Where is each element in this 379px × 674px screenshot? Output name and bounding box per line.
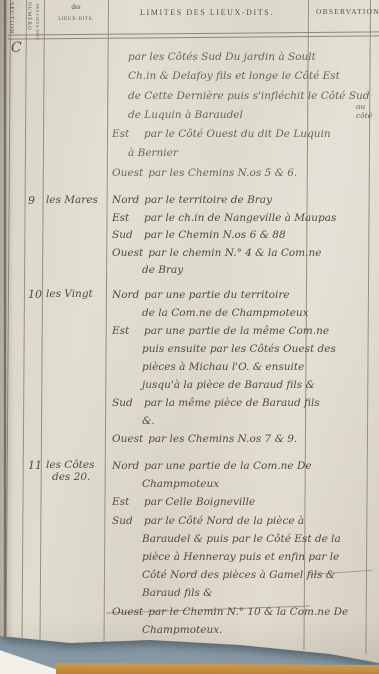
entry-continuation: par les Côtés Sud Du jardin à Soult Ch.i…: [112, 48, 312, 183]
limites-line: Baraudel & puis par le Côté Est de la: [112, 530, 312, 548]
limites-line: pièces à Michau l'O. & ensuite: [112, 358, 312, 376]
limites-line: Baraud fils &: [112, 584, 312, 602]
limites-line: pièce à Henneray puis et enfin par le: [112, 548, 312, 566]
limites-line: Ouestpar les Chemins N.os 7 & 9.: [112, 430, 312, 448]
interline-correction: au côté: [356, 102, 372, 120]
limites-line: Champmoteux: [112, 475, 312, 493]
limites-line: Côté Nord des pièces à Gamel fils &: [112, 566, 312, 584]
limites-line: &.: [112, 412, 312, 430]
limites-line: Ch.in & Delafoy fils et longe le Côté Es…: [112, 67, 312, 86]
header-name-col-bottom: LIEUX-DITS.: [44, 17, 108, 22]
entry-number: 11: [28, 459, 42, 472]
limites-line: Estpar le ch.in de Nangeville à Maupas: [112, 210, 312, 228]
column-rule-numero-right: [39, 0, 45, 645]
limites-line: jusqu'à la pièce de Baraud fils &: [112, 376, 312, 394]
header-numero-sublabel: DES LIEUX-DITS: [35, 4, 39, 40]
limites-line: Nordpar le territoire de Bray: [112, 192, 312, 210]
header-observations-label: OBSERVATIONS: [316, 7, 379, 16]
column-rule-name-right: [103, 0, 109, 646]
limites-line: Nordpar une partie de la Com.ne De: [112, 457, 312, 475]
limites-line: puis ensuite par les Côtés Ouest des: [112, 340, 312, 358]
limites-line: de Bray: [112, 262, 312, 280]
limites-line: Sudpar la même pièce de Baraud fils: [112, 394, 312, 412]
column-rule-section-left: [6, 0, 11, 642]
limites-line: Ouestpar les Chemins N.os 5 & 6.: [112, 164, 312, 183]
limites-line: Estpar une partie de la même Com.ne: [112, 322, 312, 340]
limites-line: de la Com.ne de Champmoteux: [112, 304, 312, 322]
lieu-dit-name-line2: des 20.: [46, 471, 94, 483]
lieu-dit-name: les Côtesdes 20.: [46, 459, 94, 483]
lieu-dit-name: les Mares: [46, 194, 98, 206]
entry-number: 9: [28, 194, 35, 207]
header-name-col-top: des: [44, 3, 108, 11]
paper-wrapper: SECTION NUMÉRO DES LIEUX-DITS des LIEUX-…: [0, 0, 379, 674]
section-letter: C: [11, 40, 22, 56]
header-rule-bottom: [8, 35, 379, 39]
limites-line: Estpar le Côté Ouest du dit De Luquin: [112, 125, 312, 144]
column-rule-section-right: [22, 0, 27, 644]
entry-11: 11 les Côtesdes 20. Nordpar une partie d…: [112, 457, 312, 639]
photographed-document-scene: SECTION NUMÉRO DES LIEUX-DITS des LIEUX-…: [0, 0, 379, 674]
limites-line: Sudpar le Chemin N.os 6 & 88: [112, 227, 312, 245]
entry-number: 10: [28, 288, 42, 301]
limites-line: Nordpar une partie du territoire: [112, 286, 312, 304]
limites-line: Sudpar le Côté Nord de la pièce à: [112, 512, 312, 530]
limites-line: Estpar Celle Boigneville: [112, 493, 312, 511]
entry-9: 9 les Mares Nordpar le territoire de Bra…: [112, 192, 312, 280]
limites-line: de Cette Dernière puis s'infléchit le Cô…: [112, 87, 312, 106]
header-section-label: SECTION: [8, 2, 14, 34]
limites-line: Ouestpar le Chemin N.° 10 & la Com.ne De: [112, 603, 312, 621]
limites-line: à Bernier: [112, 144, 312, 163]
document-page: SECTION NUMÉRO DES LIEUX-DITS des LIEUX-…: [0, 0, 379, 668]
limites-line: par les Côtés Sud Du jardin à Soult: [112, 48, 312, 67]
limites-line: Champmoteux.: [112, 621, 312, 639]
limites-line: de Luquin à Baraudel: [112, 106, 312, 125]
entry-10: 10 les Vingt Nordpar une partie du terri…: [112, 286, 312, 448]
limites-line: Ouestpar le chemin N.° 4 & la Com.ne: [112, 245, 312, 263]
header-numero-label: NUMÉRO: [26, 2, 32, 31]
lieu-dit-name: les Vingt: [46, 288, 93, 300]
folder-edge: [56, 663, 379, 674]
header-limites-label: LIMITES DES LIEUX-DITS.: [108, 8, 306, 17]
